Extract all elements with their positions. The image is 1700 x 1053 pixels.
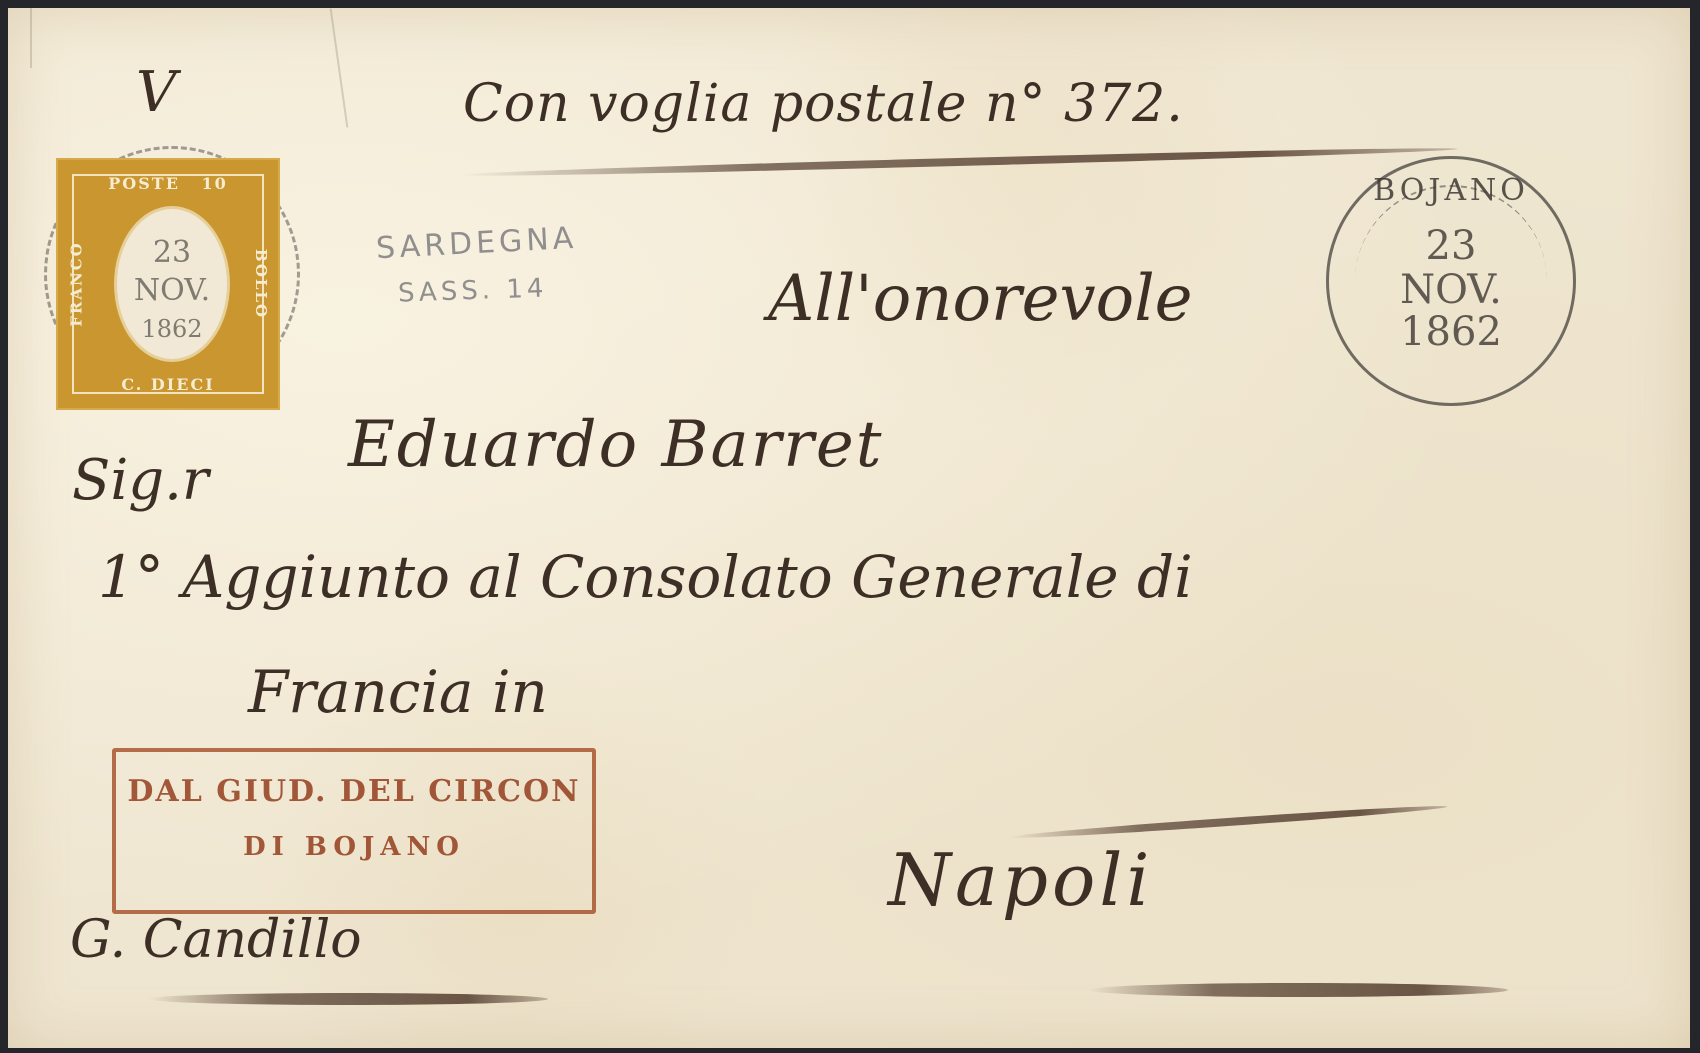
origin-handstamp: DAL GIUD. DEL CIRCON DI BOJANO — [112, 748, 596, 914]
recipient-title: Sig.r — [72, 448, 209, 513]
sender-signature: G. Candillo — [70, 910, 362, 970]
docket-mark: V — [136, 60, 176, 125]
stamp-cancel-year: 1862 — [117, 313, 227, 345]
postmark-day: 23 — [1329, 225, 1573, 267]
stamp-right-text: BOLLO — [252, 249, 270, 319]
address-line2: Francia in — [248, 658, 548, 726]
bojano-postmark: BOJANO 23 NOV. 1862 — [1326, 156, 1576, 406]
city-flourish-top — [1008, 803, 1447, 842]
postal-cover: V Con voglia postale n° 372. POSTE 10 FR… — [8, 8, 1690, 1048]
stamp-cancel-day: 23 — [117, 237, 227, 269]
city-flourish-bottom — [1088, 983, 1508, 997]
stamp-portrait-oval: 23 NOV. 1862 — [114, 206, 230, 362]
header-flourish — [458, 145, 1458, 179]
postmark-year: 1862 — [1329, 311, 1573, 353]
handstamp-line1: DAL GIUD. DEL CIRCON — [116, 774, 592, 809]
destination-city: Napoli — [888, 838, 1153, 922]
header-note: Con voglia postale n° 372. — [463, 74, 1184, 134]
paper-crease — [330, 8, 349, 127]
postmark-town: BOJANO — [1329, 173, 1573, 208]
postage-stamp: POSTE 10 FRANCO BOLLO 23 NOV. 1862 C. DI… — [58, 160, 278, 408]
stamp-top-text: POSTE 10 — [74, 174, 262, 193]
pencil-note-line1: SARDEGNA — [375, 221, 578, 266]
paper-crease — [30, 8, 32, 68]
stamp-bottom-text: C. DIECI — [74, 375, 262, 394]
recipient-name: Eduardo Barret — [348, 408, 883, 482]
postmark-month: NOV. — [1329, 269, 1573, 311]
signature-flourish — [148, 993, 548, 1005]
handstamp-line2: DI BOJANO — [116, 832, 592, 862]
stamp-cancel-month: NOV. — [117, 275, 227, 307]
stamp-denomination: 10 — [201, 174, 227, 193]
salutation: All'onorevole — [768, 262, 1193, 336]
stamp-frame: POSTE 10 FRANCO BOLLO 23 NOV. 1862 C. DI… — [72, 174, 264, 394]
pencil-note-line2: SASS. 14 — [398, 273, 548, 308]
stamp-left-text: FRANCO — [68, 241, 86, 326]
address-line1: 1° Aggiunto al Consolato Generale di — [98, 543, 1193, 611]
stamp-top-label: POSTE — [108, 174, 180, 193]
